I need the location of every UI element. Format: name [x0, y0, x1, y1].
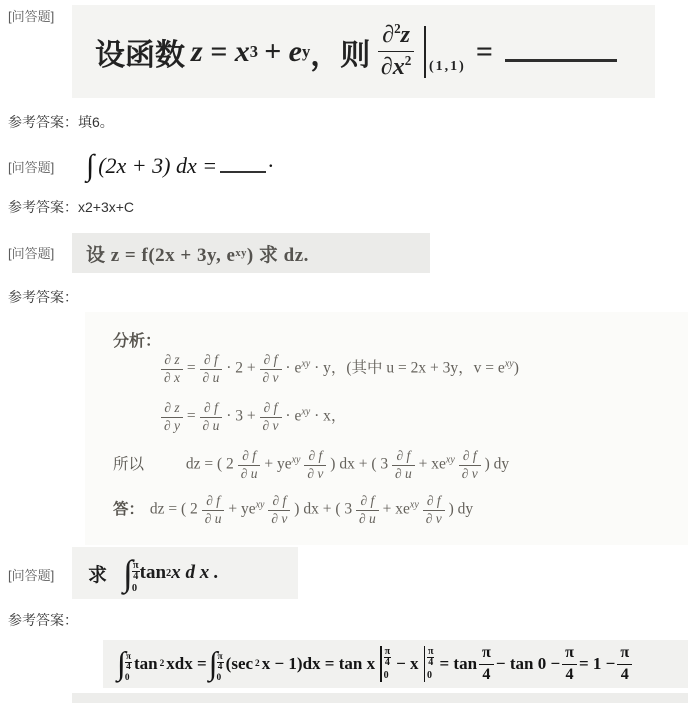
lower-limit-zero: 0 — [217, 673, 224, 683]
fraction-numerator: ∂ f — [200, 352, 223, 370]
fraction-numerator: ∂ f — [268, 493, 290, 511]
fraction-numerator: ∂ f — [459, 448, 481, 466]
question-3-formula-image: 设 z = f(2x + 3y, exy) 求 dz. — [72, 233, 430, 273]
lower-limit-zero: 0 — [427, 670, 434, 681]
fraction-denominator: ∂ v — [268, 511, 290, 528]
qiu-label: 求 — [88, 560, 107, 587]
question-1-formula-image: 设函数 z = x3 + ey ，则 ∂2z ∂x2 (1,1) = — [72, 5, 655, 98]
fraction-numerator: π — [617, 644, 632, 665]
math-text: z = x — [191, 35, 250, 69]
reference-answer-2: 参考答案：x2+3x+C — [8, 197, 134, 217]
fraction-dz-dy: ∂ z∂ y — [161, 400, 183, 434]
therefore-label: 所以 — [113, 456, 144, 473]
fraction-denominator: ∂ u — [200, 418, 223, 435]
math-text: (2x + 3) dx = — [98, 153, 217, 179]
math-text: · e — [285, 408, 301, 425]
math-exponent: 2 — [160, 659, 165, 669]
fraction-numerator: ∂ f — [392, 448, 415, 466]
reference-answer-1: 参考答案：填6。 — [8, 112, 114, 132]
math-text: x d x . — [171, 562, 219, 584]
analysis-line-answer: 答： dz = ( 2 ∂ f∂ u + yexy ∂ f∂ v ) dx + … — [113, 493, 473, 527]
evaluation-bar — [424, 26, 426, 78]
integral-limits: π4 0 — [125, 653, 132, 675]
math-exponent: xy — [301, 406, 310, 417]
math-text: ( 2 — [181, 501, 198, 518]
fraction-df-dv: ∂ f∂ v — [304, 448, 326, 482]
lower-limit-zero: 0 — [125, 673, 132, 683]
analysis-line-dz-dx: ∂ z∂ x = ∂ f∂ u · 2 + ∂ f∂ v · exy · y，(… — [161, 352, 519, 386]
question-label-4: [问答题] — [8, 565, 54, 584]
answer-3-analysis-image: 分析： ∂ z∂ x = ∂ f∂ u · 2 + ∂ f∂ v · exy ·… — [85, 312, 688, 545]
answer-4-solution-image: ∫ π4 0 tan2 xdx = ∫ π4 0 (sec2 x − 1)dx … — [103, 640, 688, 688]
fraction-numerator: ∂ f — [423, 493, 445, 511]
fraction-denominator: 4 — [562, 665, 577, 685]
fraction-denominator: ∂ x — [161, 370, 183, 387]
math-text: + ye — [228, 501, 255, 518]
evaluation-bar-with-limits: π4 0 — [380, 646, 391, 682]
math-text: − x — [396, 654, 418, 674]
analysis-line-dz-dy: ∂ z∂ y = ∂ f∂ u · 3 + ∂ f∂ v · exy · x， — [161, 400, 346, 434]
evaluation-bar — [380, 646, 382, 682]
math-text: 设函数 — [95, 30, 185, 74]
math-text: = — [476, 35, 493, 69]
next-image-partial-strip — [72, 693, 688, 703]
math-text: (sec — [226, 654, 253, 674]
math-text: tan — [134, 654, 158, 674]
lower-limit-zero: 0 — [132, 583, 140, 594]
fraction-dz-dx: ∂ z∂ x — [161, 352, 183, 386]
math-exponent: xy — [256, 499, 265, 510]
evaluation-point: (1,1) — [429, 59, 466, 75]
fraction-denominator: ∂ u — [356, 511, 379, 528]
fraction-df-dv: ∂ f∂ v — [260, 400, 282, 434]
math-text: + e — [264, 35, 302, 69]
math-text: ) dx + ( 3 — [294, 501, 352, 518]
question-label-2: [问答题] — [8, 157, 54, 176]
math-text: ) dy — [449, 501, 474, 518]
fraction-pi-over-4: π4 — [479, 644, 494, 684]
math-text: 设 z = f(2x + 3y, e — [86, 240, 235, 267]
math-text: dz = — [186, 456, 213, 473]
math-exponent: xy — [301, 358, 310, 369]
math-text: · 3 + — [226, 408, 255, 425]
fraction-df-du: ∂ f∂ u — [356, 493, 379, 527]
fraction-df-dv: ∂ f∂ v — [459, 448, 481, 482]
analysis-heading: 分析： — [113, 328, 161, 351]
math-text: = — [187, 408, 196, 425]
math-text: = 1 − — [579, 654, 615, 674]
upper-limit-pi-over-4: π4 — [427, 647, 434, 668]
upper-limit-pi-over-4: π4 — [384, 647, 391, 668]
fraction-denominator: 4 — [479, 665, 494, 685]
math-text: · y，(其中 u = 2x + 3y，v = e — [314, 360, 505, 377]
math-exponent: xy — [446, 454, 455, 465]
fraction-pi-over-4: π4 — [617, 644, 632, 684]
fraction-denominator: ∂ u — [202, 511, 225, 528]
fraction-df-du: ∂ f∂ u — [202, 493, 225, 527]
fraction-denominator: 4 — [617, 665, 632, 685]
fraction-numerator: ∂ z — [161, 400, 183, 418]
math-text: ) dx + ( 3 — [330, 456, 388, 473]
math-text: ，则 — [310, 30, 370, 74]
math-text: 4 — [384, 658, 391, 668]
math-text: tan — [140, 562, 166, 584]
math-exponent: 2 — [405, 53, 412, 68]
definite-integral: ∫ π4 0 — [117, 649, 132, 678]
fraction-numerator: ∂2z — [378, 21, 414, 52]
fraction-denominator: ∂x2 — [378, 52, 414, 82]
math-text: · e — [285, 360, 301, 377]
fraction-df-du: ∂ f∂ u — [392, 448, 415, 482]
exam-qa-page: [问答题] 设函数 z = x3 + ey ，则 ∂2z ∂x2 (1,1) =… — [0, 0, 688, 703]
upper-limit-pi-over-4: π4 — [132, 561, 140, 583]
math-exponent: 3 — [250, 42, 258, 62]
definite-integral: ∫ π4 0 — [123, 557, 140, 589]
answer-label: 答： — [113, 501, 144, 518]
evaluation-limits: π4 0 — [427, 647, 434, 681]
math-exponent: 2 — [255, 659, 260, 669]
math-exponent: xy — [292, 454, 301, 465]
fraction-numerator: ∂ f — [260, 400, 282, 418]
fraction-denominator: ∂ y — [161, 418, 183, 435]
question-2-formula: ∫ (2x + 3) dx = · — [86, 147, 274, 185]
reference-answer-3: 参考答案： — [8, 287, 78, 307]
math-text: ∂x — [381, 54, 405, 80]
math-text: ) dy — [485, 456, 510, 473]
math-text: 4 — [125, 663, 132, 672]
integral-limits: π4 0 — [132, 561, 140, 586]
math-exponent: y — [302, 42, 310, 62]
fraction-denominator: ∂ u — [200, 370, 223, 387]
fraction-denominator: ∂ v — [260, 418, 282, 435]
math-text: + xe — [383, 501, 410, 518]
fraction-numerator: ∂ z — [161, 352, 183, 370]
math-text: ∂ — [382, 22, 394, 48]
fraction-denominator: ∂ v — [260, 370, 282, 387]
math-text: ) 求 dz. — [247, 240, 309, 267]
fraction-denominator: ∂ v — [459, 466, 481, 483]
evaluation-limits: π4 0 — [384, 647, 391, 681]
question-4-formula-image: 求 ∫ π4 0 tan2 x d x . — [72, 547, 298, 599]
math-text: − tan 0 − — [496, 654, 560, 674]
math-exponent: xy — [235, 248, 246, 259]
fraction-numerator: ∂ f — [200, 400, 223, 418]
math-text: = tan — [439, 654, 477, 674]
integral-limits: π4 0 — [217, 653, 224, 675]
definite-integral: ∫ π4 0 — [209, 649, 224, 678]
math-text: + xe — [419, 456, 446, 473]
fraction-df-dv: ∂ f∂ v — [423, 493, 445, 527]
fraction-df-du: ∂ f∂ u — [200, 352, 223, 386]
fraction-d2z-dx2: ∂2z ∂x2 — [378, 21, 414, 81]
answer-blank-line — [220, 171, 266, 173]
lower-limit-zero: 0 — [384, 670, 391, 681]
math-text: ) — [514, 360, 519, 377]
upper-limit-pi-over-4: π4 — [125, 653, 132, 673]
math-text: x − 1)dx = tan x — [262, 654, 375, 674]
math-text: · x， — [314, 408, 346, 425]
fraction-numerator: ∂ f — [260, 352, 282, 370]
fraction-numerator: ∂ f — [356, 493, 379, 511]
fraction-numerator: π — [562, 644, 577, 665]
fraction-denominator: ∂ u — [238, 466, 261, 483]
fraction-denominator: ∂ v — [304, 466, 326, 483]
math-text: ( 2 — [217, 456, 234, 473]
fraction-denominator: ∂ u — [392, 466, 415, 483]
math-exponent: xy — [410, 499, 419, 510]
fraction-numerator: π — [479, 644, 494, 665]
math-text: = — [187, 360, 196, 377]
fraction-numerator: ∂ f — [304, 448, 326, 466]
math-text: · 2 + — [226, 360, 255, 377]
fraction-pi-over-4: π4 — [562, 644, 577, 684]
math-text: 4 — [217, 663, 224, 672]
evaluation-bar-with-limits: π4 0 — [424, 646, 435, 682]
math-exponent: 2 — [394, 21, 401, 36]
math-text: z — [401, 22, 410, 48]
upper-limit-pi-over-4: π4 — [217, 653, 224, 673]
math-text: 4 — [427, 658, 434, 668]
evaluation-bar — [424, 646, 426, 682]
reference-answer-4: 参考答案： — [8, 610, 78, 630]
fraction-df-dv: ∂ f∂ v — [268, 493, 290, 527]
question-label-1: [问答题] — [8, 6, 54, 25]
math-text: + ye — [264, 456, 291, 473]
fraction-df-du: ∂ f∂ u — [200, 400, 223, 434]
fraction-numerator: ∂ f — [238, 448, 261, 466]
math-text: xdx = — [166, 654, 206, 674]
math-text: 4 — [132, 572, 140, 582]
integral-icon: ∫ — [86, 151, 94, 181]
math-text: · — [267, 153, 274, 179]
math-text: dz = — [150, 501, 177, 518]
question-label-3: [问答题] — [8, 243, 54, 262]
fraction-df-du: ∂ f∂ u — [238, 448, 261, 482]
fraction-df-dv: ∂ f∂ v — [260, 352, 282, 386]
math-exponent: xy — [505, 358, 514, 369]
fraction-denominator: ∂ v — [423, 511, 445, 528]
answer-blank-line — [505, 59, 617, 62]
analysis-line-therefore: 所以 dz = ( 2 ∂ f∂ u + yexy ∂ f∂ v ) dx + … — [113, 448, 509, 482]
fraction-numerator: ∂ f — [202, 493, 225, 511]
